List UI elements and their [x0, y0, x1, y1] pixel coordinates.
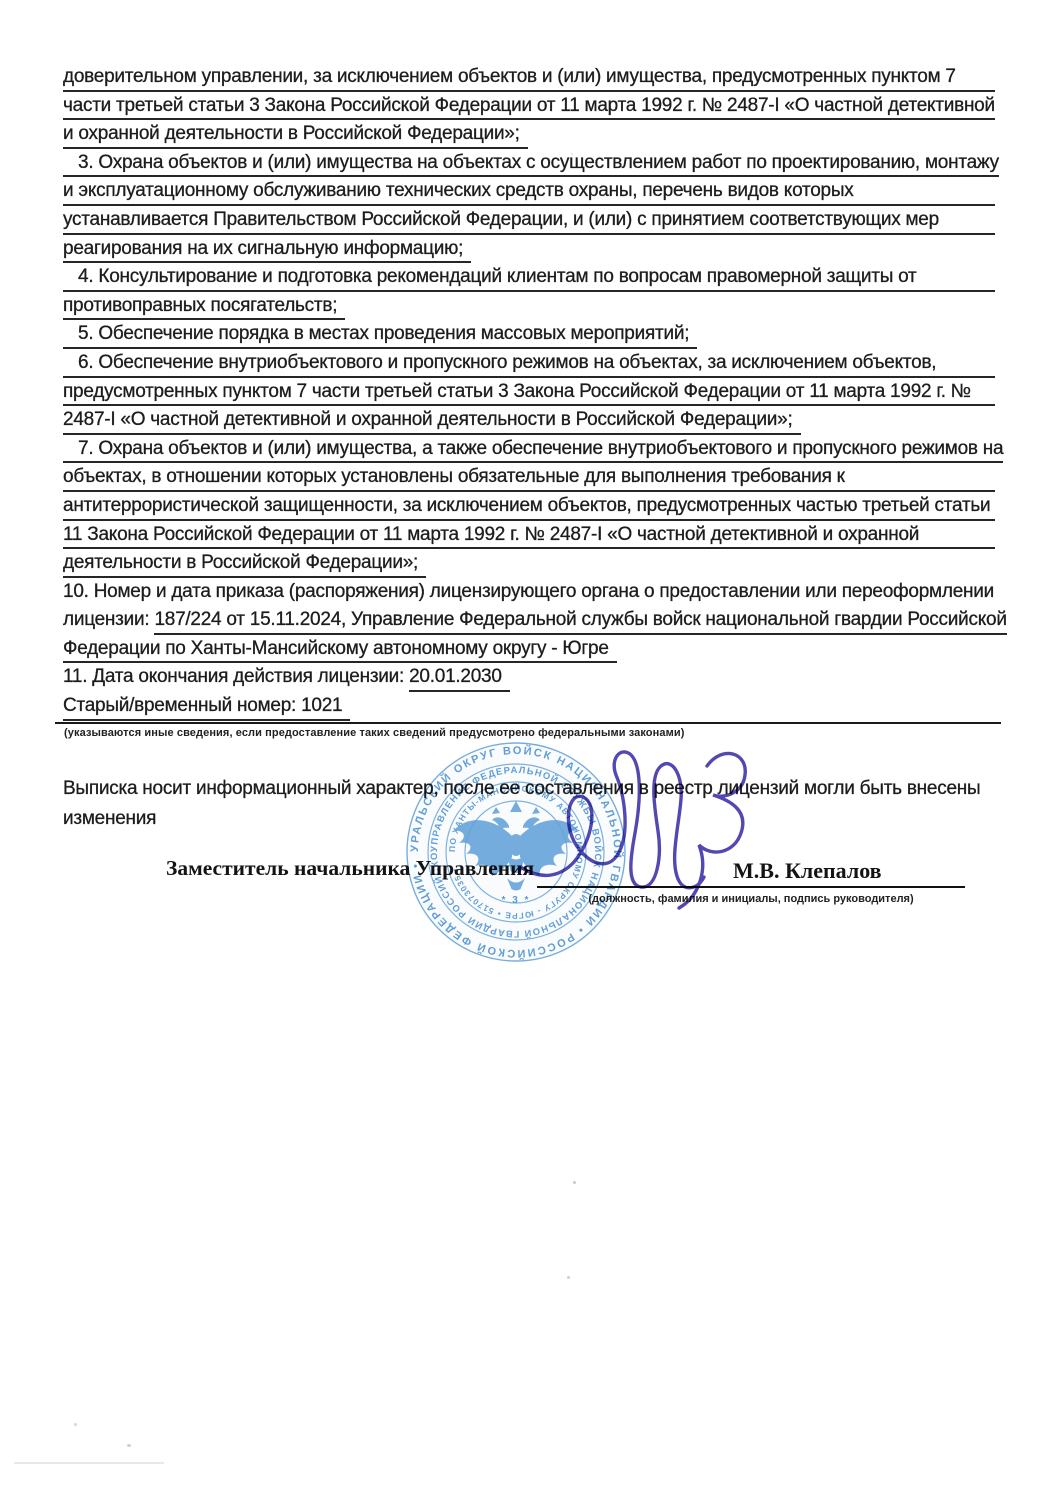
document-line: доверительном управлении, за исключением… [63, 63, 995, 92]
document-line: 11. Дата окончания действия лицензии: 20… [63, 663, 995, 692]
scan-smudge [14, 1462, 164, 1464]
form-value-text: объектах, в отношении которых установлен… [63, 463, 995, 492]
form-label-text: 11. Дата окончания действия лицензии: [63, 663, 409, 692]
document-line: 2487-I «О частной детективной и охранной… [63, 406, 995, 435]
scan-speck [74, 1423, 77, 1426]
form-value-text: доверительном управлении, за исключением… [63, 63, 995, 92]
document-line: противоправных посягательств; [63, 292, 995, 321]
scan-speck [567, 1276, 570, 1279]
form-value-text: Старый/временный номер: 1021 [63, 692, 350, 721]
scanned-license-extract-page: доверительном управлении, за исключением… [0, 0, 1060, 1500]
document-line: 11 Закона Российской Федерации от 11 мар… [63, 521, 995, 550]
document-line: Старый/временный номер: 1021 [63, 692, 995, 721]
document-line: реагирования на их сигнальную информацию… [63, 235, 995, 264]
scan-speck [571, 153, 573, 155]
document-line: 10. Номер и дата приказа (распоряжения) … [63, 578, 995, 607]
form-value-text: деятельности в Российской Федерации»; [63, 549, 426, 578]
document-line: Федерации по Ханты-Мансийскому автономно… [63, 635, 995, 664]
form-value-text: и охранной деятельности в Российской Фед… [63, 120, 528, 149]
document-line: 5. Обеспечение порядка в местах проведен… [63, 320, 995, 349]
document-body-lines: доверительном управлении, за исключением… [63, 63, 995, 721]
form-value-text: 7. Охрана объектов и (или) имущества, а … [63, 435, 1003, 464]
form-value-text: реагирования на их сигнальную информацию… [63, 235, 471, 264]
scan-speck [127, 1444, 131, 1447]
form-value-text: 5. Обеспечение порядка в местах проведен… [63, 320, 697, 349]
form-value-text: Федерации по Ханты-Мансийскому автономно… [63, 635, 617, 664]
form-value-text: устанавливается Правительством Российско… [63, 206, 995, 235]
form-rule [55, 722, 1001, 724]
form-value-text: и эксплуатационному обслуживанию техниче… [63, 177, 995, 206]
form-label-text: лицензии: [63, 606, 154, 635]
form-value-text: 2487-I «О частной детективной и охранной… [63, 406, 801, 435]
form-value-text: 3. Охрана объектов и (или) имущества на … [63, 149, 999, 178]
document-line: и охранной деятельности в Российской Фед… [63, 120, 995, 149]
document-line: предусмотренных пунктом 7 части третьей … [63, 378, 995, 407]
form-value-text: 4. Консультирование и подготовка рекомен… [63, 263, 995, 292]
form-value-text: 187/224 от 15.11.2024, Управление Федера… [154, 606, 1006, 635]
document-line: устанавливается Правительством Российско… [63, 206, 995, 235]
document-line: 7. Охрана объектов и (или) имущества, а … [63, 435, 995, 464]
form-value-text: антитеррористической защищенности, за ис… [63, 492, 995, 521]
form-value-text: противоправных посягательств; [63, 292, 345, 321]
form-value-text: предусмотренных пунктом 7 части третьей … [63, 378, 995, 407]
document-line: объектах, в отношении которых установлен… [63, 463, 995, 492]
form-value-text: 6. Обеспечение внутриобъектового и пропу… [63, 349, 995, 378]
document-line: 3. Охрана объектов и (или) имущества на … [63, 149, 995, 178]
document-line: антитеррористической защищенности, за ис… [63, 492, 995, 521]
form-value-text: 11 Закона Российской Федерации от 11 мар… [63, 521, 995, 550]
document-line: и эксплуатационному обслуживанию техниче… [63, 177, 995, 206]
document-line: части третьей статьи 3 Закона Российской… [63, 92, 995, 121]
handwritten-signature [510, 738, 790, 918]
form-label-text: 10. Номер и дата приказа (распоряжения) … [63, 578, 994, 607]
document-line: 4. Консультирование и подготовка рекомен… [63, 263, 995, 292]
scan-speck [573, 1181, 576, 1184]
document-line: 6. Обеспечение внутриобъектового и пропу… [63, 349, 995, 378]
form-value-text: части третьей статьи 3 Закона Российской… [63, 92, 995, 121]
form-value-text: 20.01.2030 [409, 663, 510, 692]
document-line: деятельности в Российской Федерации»; [63, 549, 995, 578]
document-line: лицензии: 187/224 от 15.11.2024, Управле… [63, 606, 995, 635]
